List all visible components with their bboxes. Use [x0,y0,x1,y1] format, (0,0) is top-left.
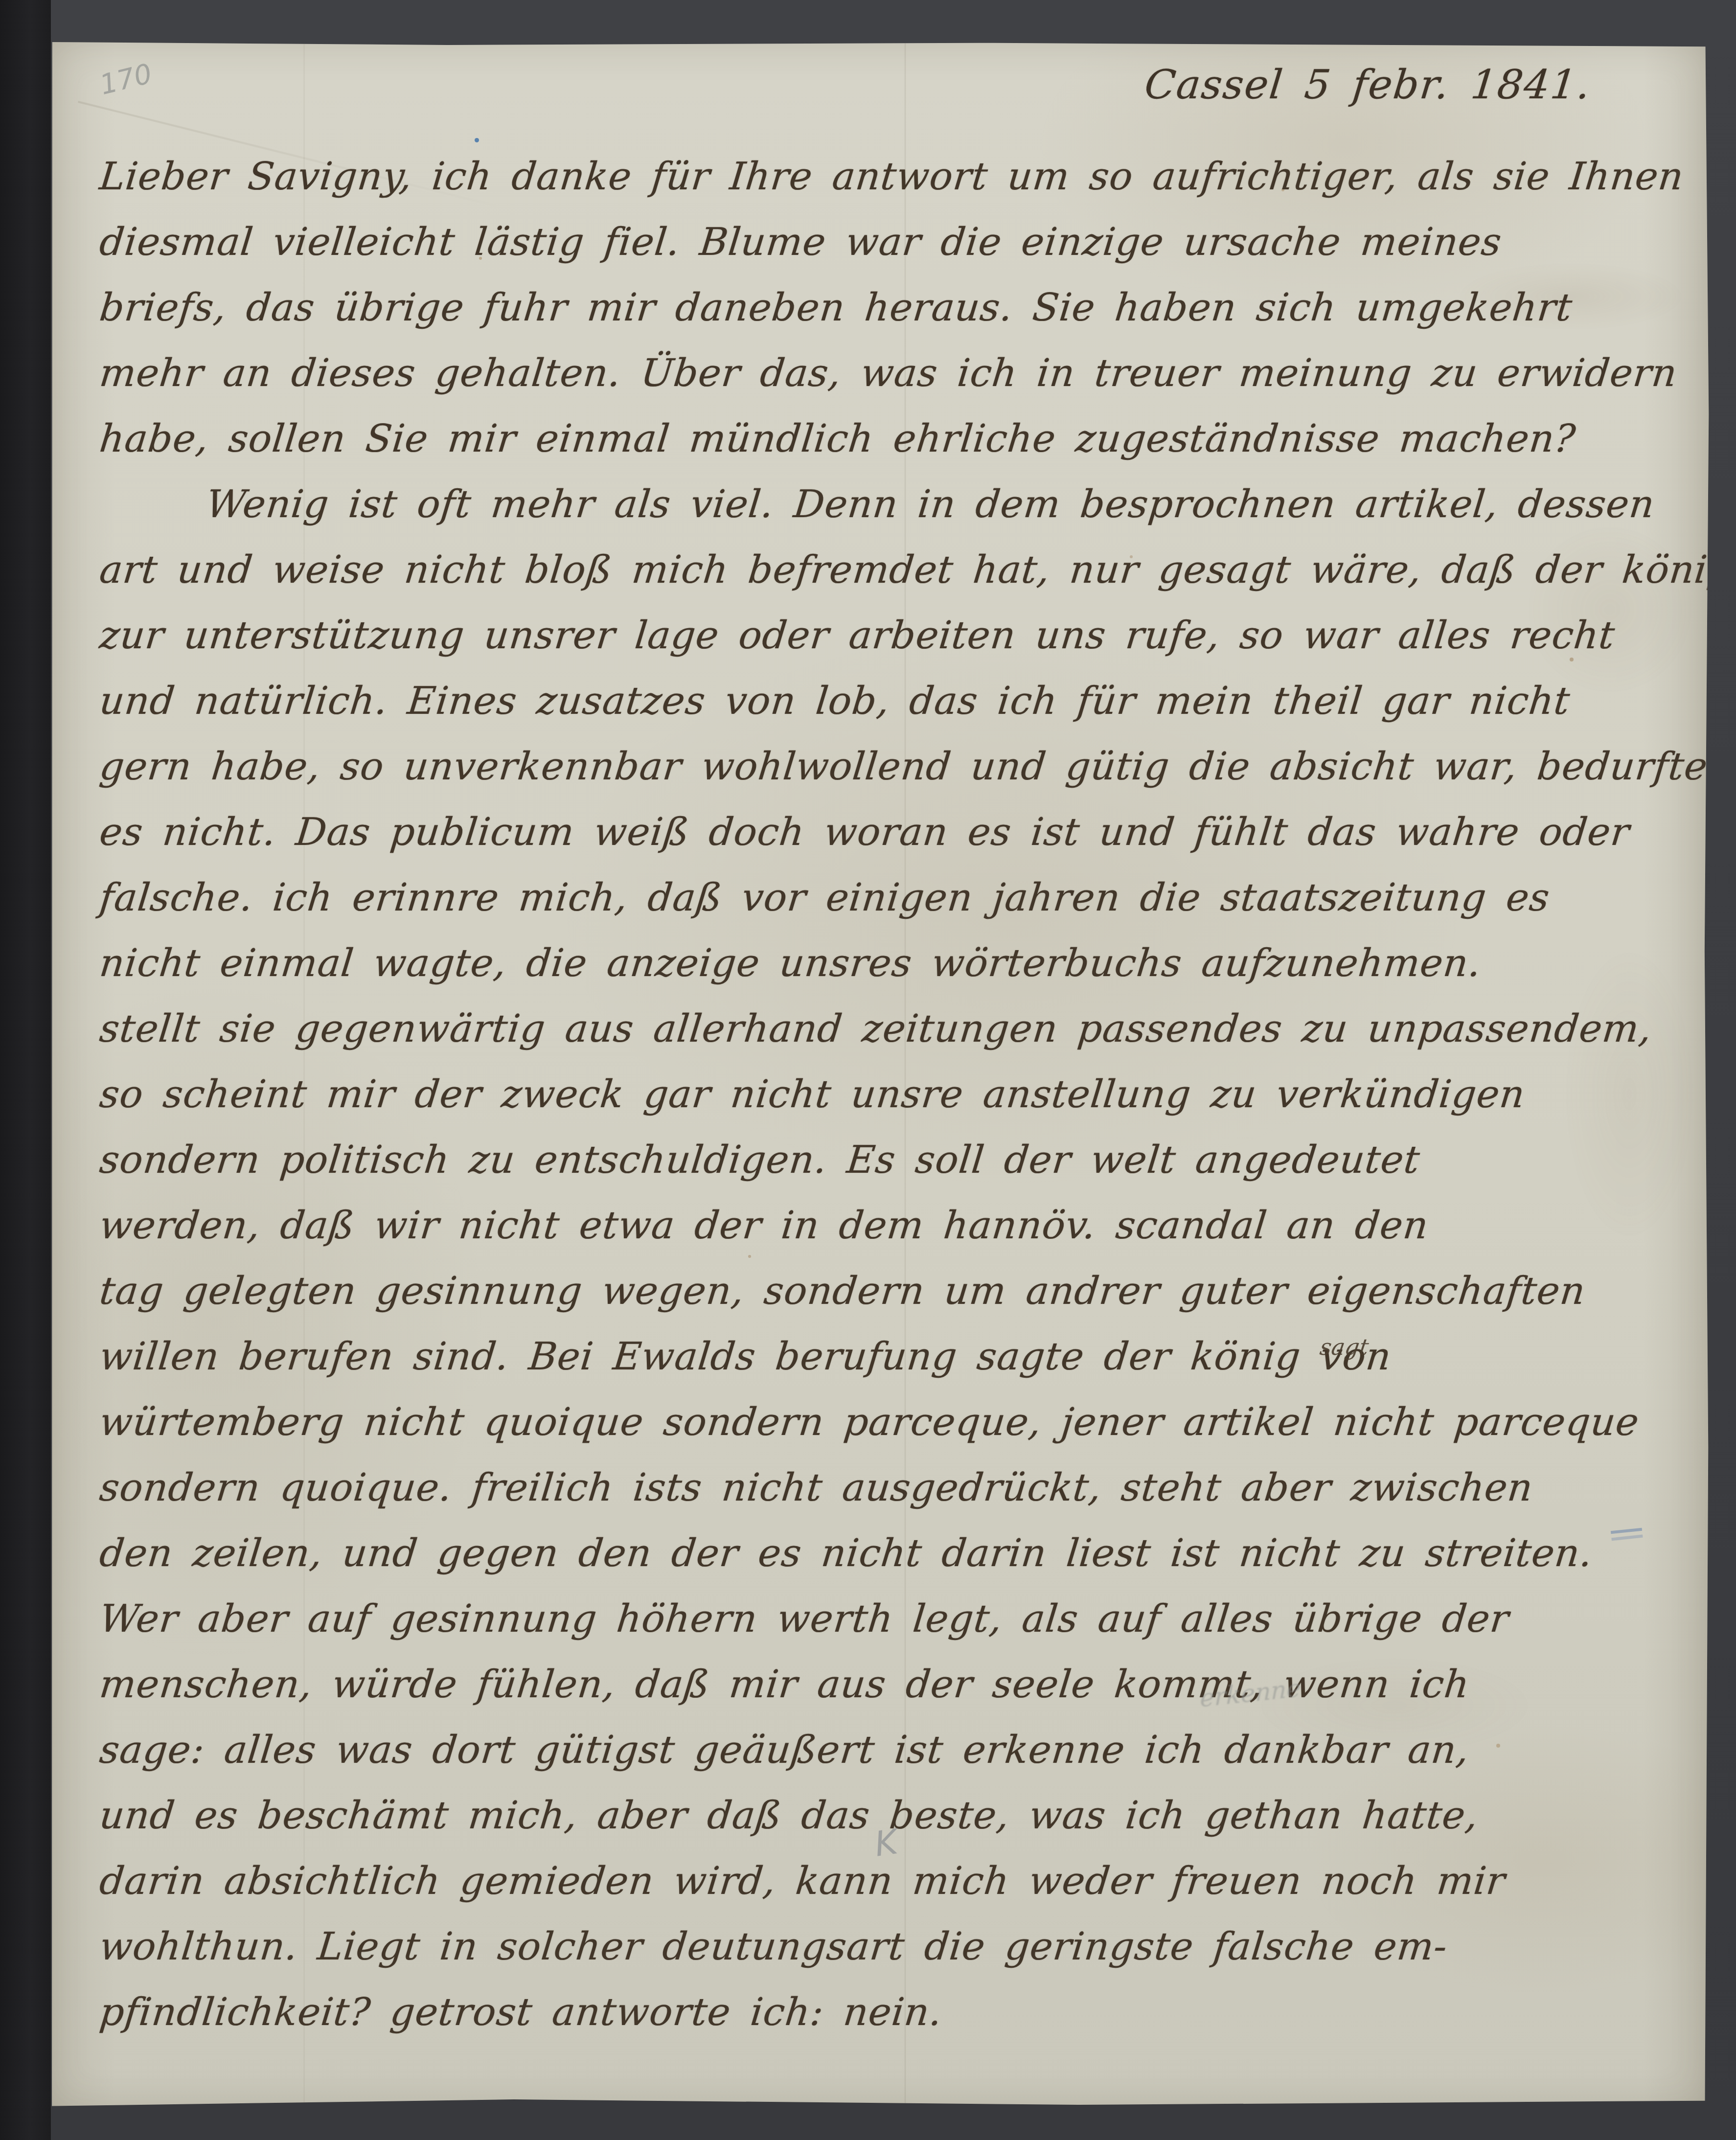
letter-dateline: Cassel 5 febr. 1841. [1142,62,1593,108]
letter-line: Wenig ist oft mehr als viel. Denn in dem… [96,472,1708,537]
letter-line: gern habe, so unverkennbar wohlwollend u… [96,734,1708,799]
letter-line: wohlthun. Liegt in solcher deutungsart d… [96,1914,1708,1980]
blue-ink-dot [475,138,479,142]
letter-line: werden, daß wir nicht etwa der in dem ha… [96,1193,1708,1258]
ink-insertion-sagt: sagt [1318,1334,1371,1360]
letter-line: stellt sie gegenwärtig aus allerhand zei… [96,996,1708,1062]
letter-line: pfindlichkeit? getrost antworte ich: nei… [96,1980,1708,2045]
pencil-page-number: 170 [97,58,155,101]
letter-line: sage: alles was dort gütigst geäußert is… [96,1717,1708,1783]
letter-line: so scheint mir der zweck gar nicht unsre… [96,1062,1708,1127]
letter-line: habe, sollen Sie mir einmal mündlich ehr… [96,406,1708,472]
letter-line: tag gelegten gesinnung wegen, sondern um… [96,1258,1708,1324]
letter-line: menschen, würde fühlen, daß mir aus der … [96,1652,1708,1717]
letter-line: diesmal vielleicht lästig fiel. Blume wa… [96,209,1708,275]
letter-body: Lieber Savigny, ich danke für Ihre antwo… [100,144,1705,2045]
letter-line: es nicht. Das publicum weiß doch woran e… [96,799,1708,865]
letter-line: sondern politisch zu entschuldigen. Es s… [96,1127,1708,1193]
letter-line: sondern quoique. freilich ists nicht aus… [96,1455,1708,1521]
letter-line: nicht einmal wagte, die anzeige unsres w… [96,931,1708,996]
letter-line: und natürlich. Eines zusatzes von lob, d… [96,668,1708,734]
letter-line: darin absichtlich gemieden wird, kann mi… [96,1848,1708,1914]
letter-page: 170 Cassel 5 febr. 1841. Lieber Savigny,… [49,42,1710,2108]
letter-line: würtemberg nicht quoique sondern parcequ… [96,1389,1708,1455]
letter-line: falsche. ich erinnre mich, daß vor einig… [96,865,1708,931]
letter-line: den zeilen, und gegen den der es nicht d… [96,1521,1708,1586]
letter-line: mehr an dieses gehalten. Über das, was i… [96,341,1708,406]
letter-line: briefs, das übrige fuhr mir daneben hera… [96,275,1708,341]
letter-line: Lieber Savigny, ich danke für Ihre antwo… [96,144,1708,209]
letter-line: zur unterstützung unsrer lage oder arbei… [96,603,1708,668]
letter-line: Wer aber auf gesinnung höhern werth legt… [96,1586,1708,1652]
letter-line: art und weise nicht bloß mich befremdet … [96,537,1708,603]
scan-left-binding-strip [0,0,51,2140]
letter-line: und es beschämt mich, aber daß das beste… [96,1783,1708,1848]
letter-line: willen berufen sind. Bei Ewalds berufung… [96,1324,1708,1389]
scanned-letter-screenshot: { "document": { "type": "handwritten-let… [0,0,1736,2140]
